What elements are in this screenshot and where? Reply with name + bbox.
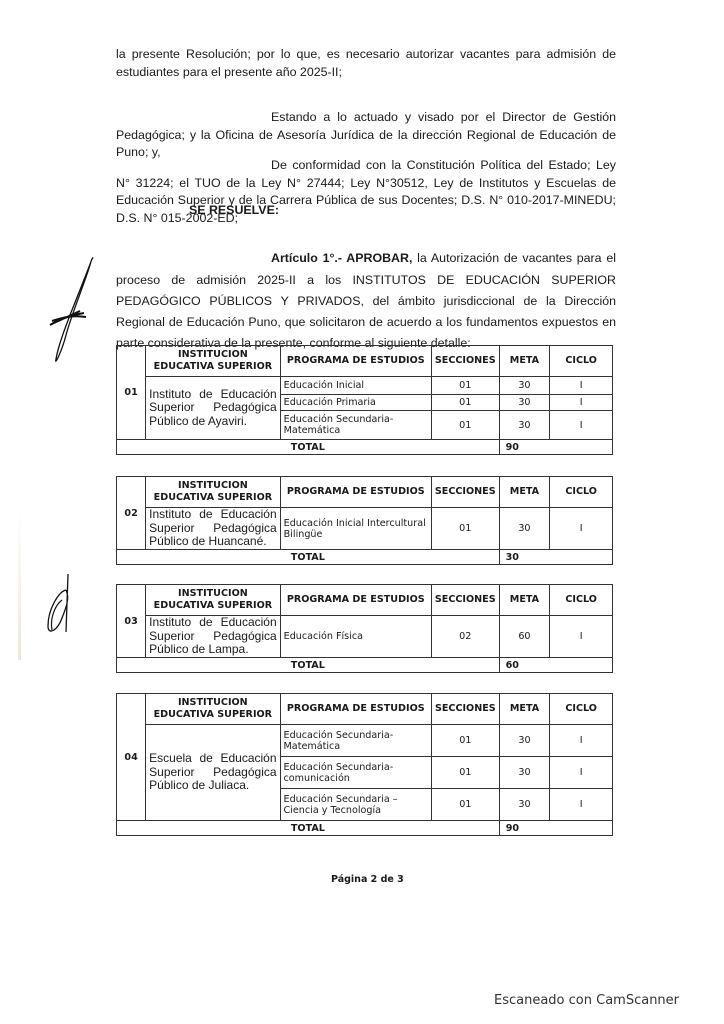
program-goal: 30 <box>499 725 550 757</box>
program-sections: 02 <box>431 616 499 658</box>
program-sections: 01 <box>431 789 499 821</box>
program-cycle: I <box>550 789 613 821</box>
table-number: 03 <box>117 585 146 658</box>
total-value: 60 <box>499 658 612 673</box>
total-value: 30 <box>499 550 612 565</box>
program-name: Educación Secundaria-comunicación <box>280 757 431 789</box>
institution-name: Instituto de Educación Superior Pedagógi… <box>146 508 281 550</box>
program-cycle: I <box>550 377 613 395</box>
program-sections: 01 <box>431 411 499 440</box>
program-name: Educación Inicial Intercultural Bilingüe <box>280 508 431 550</box>
header-goal: META <box>499 585 550 616</box>
program-sections: 01 <box>431 508 499 550</box>
total-label: TOTAL <box>117 550 500 565</box>
header-sections: SECCIONES <box>431 477 499 508</box>
program-goal: 30 <box>499 377 550 395</box>
page-number: Página 2 de 3 <box>331 874 404 885</box>
program-goal: 30 <box>499 789 550 821</box>
header-institution: INSTITUCION EDUCATIVA SUPERIOR <box>146 477 281 508</box>
vacancy-table-juliaca: 04 INSTITUCION EDUCATIVA SUPERIOR PROGRA… <box>116 693 613 836</box>
institution-name: Escuela de Educación Superior Pedagógica… <box>146 725 280 821</box>
header-cycle: CICLO <box>550 477 613 508</box>
paragraph-article-1: Artículo 1°.- APROBAR, la Autorización d… <box>116 248 616 354</box>
total-label: TOTAL <box>117 658 500 673</box>
program-name: Educación Secundaria-Matemática <box>280 411 431 440</box>
total-label: TOTAL <box>117 440 500 455</box>
table-number: 02 <box>117 477 146 550</box>
header-goal: META <box>499 694 550 725</box>
vacancy-table-lampa: 03 INSTITUCION EDUCATIVA SUPERIOR PROGRA… <box>116 584 613 673</box>
total-value: 90 <box>499 440 612 455</box>
program-name: Educación Secundaria –Ciencia y Tecnolog… <box>280 789 431 821</box>
scan-edge-shadow <box>18 510 21 660</box>
program-cycle: I <box>550 616 613 658</box>
header-cycle: CICLO <box>550 346 613 377</box>
header-sections: SECCIONES <box>431 346 499 377</box>
header-institution: INSTITUCION EDUCATIVA SUPERIOR <box>146 585 281 616</box>
table-number: 01 <box>117 346 146 440</box>
article-1-lead: Artículo 1°.- APROBAR, <box>271 251 412 265</box>
institution-name: Instituto de Educación Superior Pedagógi… <box>146 377 281 440</box>
initials-signature-icon <box>40 570 80 640</box>
institution-name: Instituto de Educación Superior Pedagógi… <box>146 616 281 658</box>
header-program: PROGRAMA DE ESTUDIOS <box>280 694 431 725</box>
paragraph-visado: Estando a lo actuado y visado por el Dir… <box>116 109 616 162</box>
program-name: Educación Inicial <box>280 377 431 395</box>
header-institution: INSTITUCION EDUCATIVA SUPERIOR <box>146 694 280 725</box>
header-goal: META <box>499 477 550 508</box>
program-goal: 60 <box>499 616 550 658</box>
program-cycle: I <box>550 395 613 411</box>
program-goal: 30 <box>499 395 550 411</box>
table-number: 04 <box>117 694 146 821</box>
program-sections: 01 <box>431 725 499 757</box>
program-goal: 30 <box>499 411 550 440</box>
program-cycle: I <box>550 508 613 550</box>
header-sections: SECCIONES <box>431 694 499 725</box>
header-program: PROGRAMA DE ESTUDIOS <box>280 477 431 508</box>
program-sections: 01 <box>431 377 499 395</box>
program-name: Educación Primaria <box>280 395 431 411</box>
paragraph-resolution-context: la presente Resolución; por lo que, es n… <box>116 46 616 81</box>
article-1-body: la Autorización de vacantes para el proc… <box>116 251 616 350</box>
header-cycle: CICLO <box>550 585 613 616</box>
program-name: Educación Física <box>280 616 431 658</box>
header-cycle: CICLO <box>550 694 613 725</box>
program-cycle: I <box>550 725 613 757</box>
header-institution: INSTITUCION EDUCATIVA SUPERIOR <box>146 346 281 377</box>
program-sections: 01 <box>431 757 499 789</box>
header-program: PROGRAMA DE ESTUDIOS <box>280 585 431 616</box>
vacancy-table-huancane: 02 INSTITUCION EDUCATIVA SUPERIOR PROGRA… <box>116 476 613 565</box>
document-page: la presente Resolución; por lo que, es n… <box>0 0 724 1024</box>
total-label: TOTAL <box>117 821 500 836</box>
program-name: Educación Secundaria-Matemática <box>280 725 431 757</box>
camscanner-watermark: Escaneado con CamScanner <box>494 993 679 1008</box>
header-sections: SECCIONES <box>431 585 499 616</box>
total-value: 90 <box>499 821 612 836</box>
program-goal: 30 <box>499 508 550 550</box>
header-goal: META <box>499 346 550 377</box>
program-cycle: I <box>550 411 613 440</box>
program-goal: 30 <box>499 757 550 789</box>
program-sections: 01 <box>431 395 499 411</box>
se-resuelve-heading: SE RESUELVE: <box>189 203 279 217</box>
handwritten-signature-icon <box>40 255 100 365</box>
header-program: PROGRAMA DE ESTUDIOS <box>280 346 431 377</box>
program-cycle: I <box>550 757 613 789</box>
vacancy-table-ayaviri: 01 INSTITUCION EDUCATIVA SUPERIOR PROGRA… <box>116 345 613 455</box>
